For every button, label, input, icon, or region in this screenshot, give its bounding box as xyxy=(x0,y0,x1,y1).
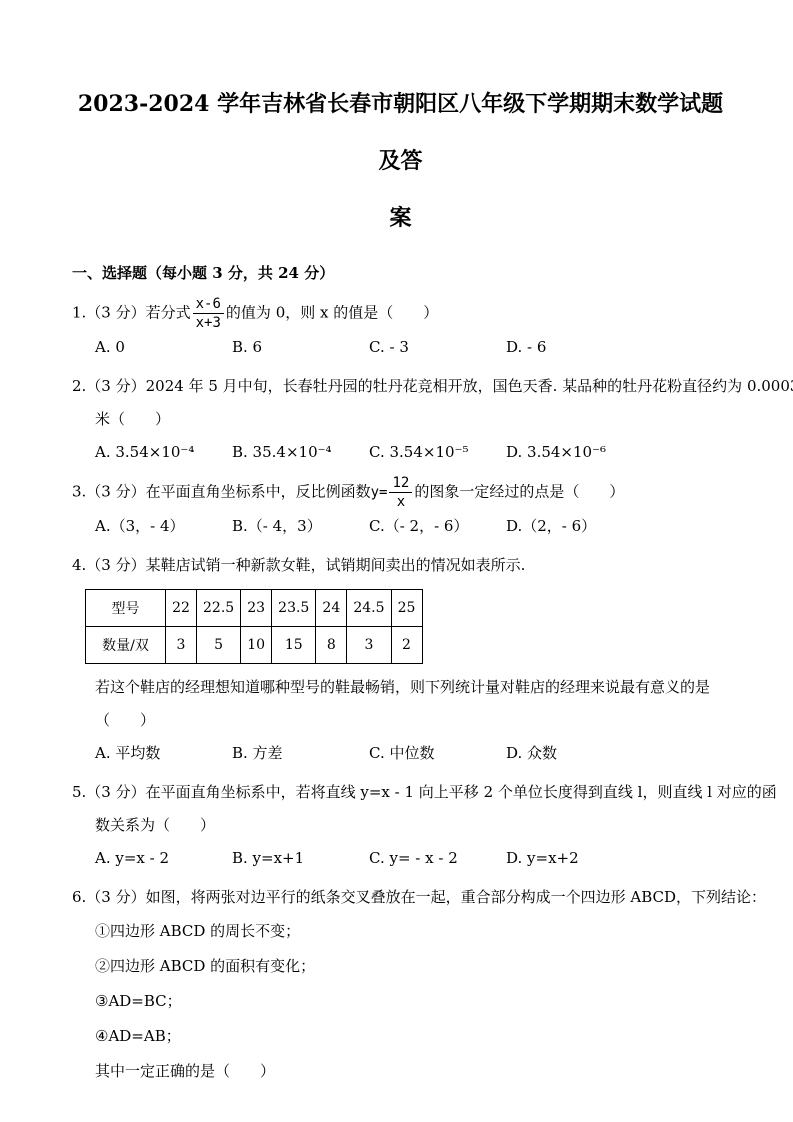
question-4-option-a: A. 平均数 xyxy=(95,737,232,770)
question-3-option-d: D.（2，- 6） xyxy=(506,510,596,543)
question-5: 5.（3 分）在平面直角坐标系中，若将直线 y=x - 1 向上平移 2 个单位… xyxy=(72,776,729,875)
table-cell: 2 xyxy=(391,627,422,664)
table-cell: 23 xyxy=(241,590,272,627)
question-1-suffix: 的值为 0，则 x 的值是（ ） xyxy=(226,304,438,322)
table-cell: 24 xyxy=(316,590,347,627)
question-2-option-c: C. 3.54×10⁻⁵ xyxy=(369,436,506,469)
question-5-option-a: A. y=x - 2 xyxy=(95,842,232,875)
question-6-stem-line2: 其中一定正确的是（ ） xyxy=(72,1054,729,1089)
table-cell: 25 xyxy=(391,590,422,627)
question-1-option-d: D. - 6 xyxy=(506,331,546,364)
table-cell: 22.5 xyxy=(197,590,241,627)
question-1-option-c: C. - 3 xyxy=(369,331,506,364)
question-3-fraction: 12x xyxy=(389,475,412,510)
question-1: 1.（3 分）若分式x-6x+3的值为 0，则 x 的值是（ ） A. 0 B.… xyxy=(72,296,729,364)
question-5-stem-line1: 5.（3 分）在平面直角坐标系中，若将直线 y=x - 1 向上平移 2 个单位… xyxy=(72,776,729,809)
table-cell: 10 xyxy=(241,627,272,664)
question-2-option-d: D. 3.54×10⁻⁶ xyxy=(506,436,606,469)
question-3-option-c: C.（- 2，- 6） xyxy=(369,510,506,543)
exam-title: 2023-2024 学年吉林省长春市朝阳区八年级下学期期末数学试题及答 案 xyxy=(72,76,729,247)
question-2-option-b: B. 35.4×10⁻⁴ xyxy=(232,436,369,469)
table-cell: 数量/双 xyxy=(86,627,166,664)
fraction-denominator: x xyxy=(389,493,412,510)
question-5-option-d: D. y=x+2 xyxy=(506,842,579,875)
question-1-options: A. 0 B. 6 C. - 3 D. - 6 xyxy=(72,331,729,364)
question-5-option-c: C. y= - x - 2 xyxy=(369,842,506,875)
question-3-stem: 3.（3 分）在平面直角坐标系中，反比例函数y=12x的图象一定经过的点是（ ） xyxy=(72,475,729,510)
question-3-option-b: B.（- 4，3） xyxy=(232,510,369,543)
fraction-numerator: x-6 xyxy=(193,296,224,314)
question-6-statement-1: ①四边形 ABCD 的周长不变； xyxy=(72,914,729,949)
table-row-model: 型号 22 22.5 23 23.5 24 24.5 25 xyxy=(86,590,423,627)
question-3: 3.（3 分）在平面直角坐标系中，反比例函数y=12x的图象一定经过的点是（ ）… xyxy=(72,475,729,543)
question-2-stem-line1: 2.（3 分）2024 年 5 月中旬，长春牡丹园的牡丹花竞相开放，国色天香. … xyxy=(72,370,729,403)
question-3-option-a: A.（3，- 4） xyxy=(95,510,232,543)
question-3-prefix: 3.（3 分）在平面直角坐标系中，反比例函数 xyxy=(72,483,371,501)
question-1-fraction: x-6x+3 xyxy=(193,296,224,331)
question-5-option-b: B. y=x+1 xyxy=(232,842,369,875)
question-1-option-a: A. 0 xyxy=(95,331,232,364)
fraction-denominator: x+3 xyxy=(193,314,224,331)
question-6: 6.（3 分）如图，将两张对边平行的纸条交叉叠放在一起，重合部分构成一个四边形 … xyxy=(72,881,729,1089)
question-5-options: A. y=x - 2 B. y=x+1 C. y= - x - 2 D. y=x… xyxy=(72,842,729,875)
exam-title-line1: 2023-2024 学年吉林省长春市朝阳区八年级下学期期末数学试题及答 xyxy=(72,76,729,190)
question-6-statement-3: ③AD=BC； xyxy=(72,984,729,1019)
question-4-options: A. 平均数 B. 方差 C. 中位数 D. 众数 xyxy=(72,737,729,770)
section-heading-choice-questions: 一、选择题（每小题 3 分，共 24 分） xyxy=(72,257,729,290)
table-cell: 24.5 xyxy=(347,590,391,627)
question-3-suffix: 的图象一定经过的点是（ ） xyxy=(414,483,624,501)
question-6-statement-2: ②四边形 ABCD 的面积有变化； xyxy=(72,949,729,984)
question-4: 4.（3 分）某鞋店试销一种新款女鞋，试销期间卖出的情况如表所示. 型号 22 … xyxy=(72,549,729,770)
table-cell: 23.5 xyxy=(272,590,316,627)
question-4-stem-line1: 4.（3 分）某鞋店试销一种新款女鞋，试销期间卖出的情况如表所示. xyxy=(72,549,729,582)
question-4-stem-line2: 若这个鞋店的经理想知道哪种型号的鞋最畅销，则下列统计量对鞋店的经理来说最有意义的… xyxy=(72,671,729,737)
question-4-option-d: D. 众数 xyxy=(506,737,557,770)
question-5-stem-line2: 数关系为（ ） xyxy=(72,809,729,842)
question-1-stem: 1.（3 分）若分式x-6x+3的值为 0，则 x 的值是（ ） xyxy=(72,296,729,331)
table-cell: 8 xyxy=(316,627,347,664)
question-2-options: A. 3.54×10⁻⁴ B. 35.4×10⁻⁴ C. 3.54×10⁻⁵ D… xyxy=(72,436,729,469)
fraction-numerator: 12 xyxy=(389,475,412,493)
question-3-equation-lhs: y= xyxy=(371,485,388,501)
question-6-statement-4: ④AD=AB； xyxy=(72,1019,729,1054)
table-cell: 3 xyxy=(347,627,391,664)
exam-document-page: 2023-2024 学年吉林省长春市朝阳区八年级下学期期末数学试题及答 案 一、… xyxy=(0,0,793,1122)
question-6-stem-line1: 6.（3 分）如图，将两张对边平行的纸条交叉叠放在一起，重合部分构成一个四边形 … xyxy=(72,881,729,914)
question-4-option-b: B. 方差 xyxy=(232,737,369,770)
table-cell: 15 xyxy=(272,627,316,664)
question-2-stem-line2: 米（ ） xyxy=(72,403,729,436)
shoe-sales-table: 型号 22 22.5 23 23.5 24 24.5 25 数量/双 3 5 1… xyxy=(85,589,423,664)
question-3-options: A.（3，- 4） B.（- 4，3） C.（- 2，- 6） D.（2，- 6… xyxy=(72,510,729,543)
exam-title-line2: 案 xyxy=(72,190,729,247)
question-1-option-b: B. 6 xyxy=(232,331,369,364)
table-cell: 型号 xyxy=(86,590,166,627)
table-cell: 22 xyxy=(166,590,197,627)
table-row-quantity: 数量/双 3 5 10 15 8 3 2 xyxy=(86,627,423,664)
table-cell: 3 xyxy=(166,627,197,664)
table-cell: 5 xyxy=(197,627,241,664)
question-2: 2.（3 分）2024 年 5 月中旬，长春牡丹园的牡丹花竞相开放，国色天香. … xyxy=(72,370,729,469)
question-2-option-a: A. 3.54×10⁻⁴ xyxy=(95,436,232,469)
question-1-prefix: 1.（3 分）若分式 xyxy=(72,304,191,322)
question-4-option-c: C. 中位数 xyxy=(369,737,506,770)
